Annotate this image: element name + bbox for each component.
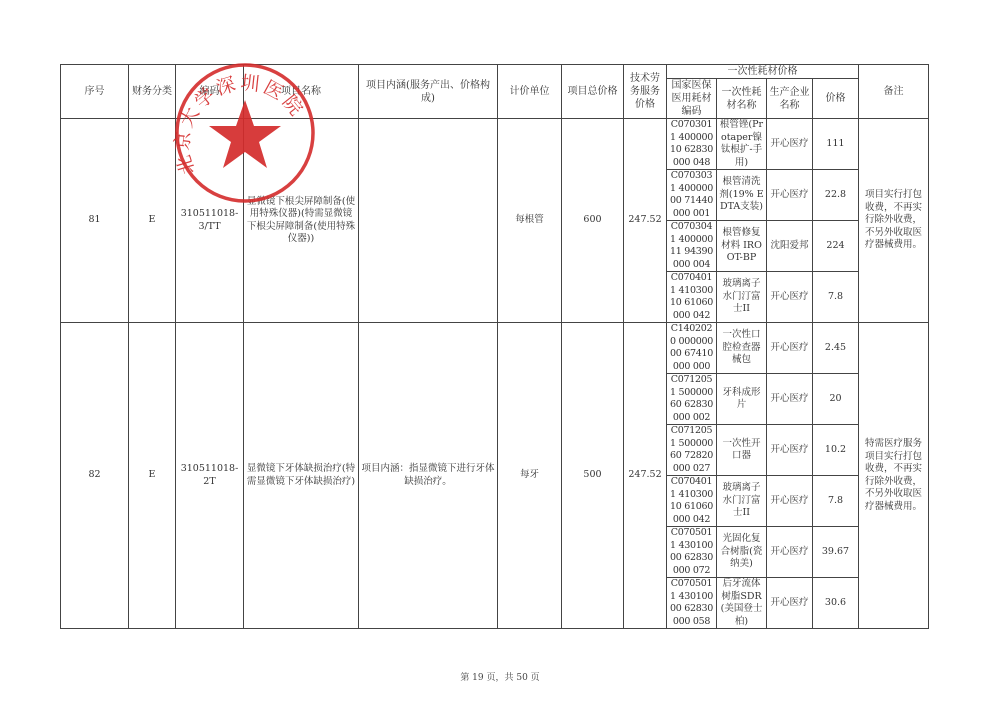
header-seq: 序号 — [61, 65, 129, 119]
cell-manufacturer: 开心医疗 — [767, 119, 813, 170]
table-row: 82E310511018-2T显微镜下牙体缺损治疗(特需显微镜下牙体缺损治疗)项… — [61, 323, 929, 374]
cell-seq: 81 — [61, 119, 129, 323]
cell-manufacturer: 开心医疗 — [767, 272, 813, 323]
cell-consumable-price: 30.6 — [813, 578, 859, 629]
header-consumables-group: 一次性耗材价格 — [667, 65, 859, 79]
cell-consumable-code: C0712051 50000060 72820000 027 — [667, 425, 717, 476]
cell-consumable-code: C0705011 43010000 62830000 072 — [667, 527, 717, 578]
cell-consumable-name: 根管清洗剂(19% EDTA支装) — [717, 170, 767, 221]
cell-project-content: 项目内涵：指显微镜下进行牙体缺损治疗。 — [359, 323, 498, 629]
cell-consumable-name: 牙科成形片 — [717, 374, 767, 425]
cell-labor-price: 247.52 — [624, 323, 667, 629]
cell-consumable-code: C0703041 40000011 94390000 004 — [667, 221, 717, 272]
cell-consumable-name: 根管锉(Protaper镍钛根扩-手用) — [717, 119, 767, 170]
cell-manufacturer: 开心医疗 — [767, 170, 813, 221]
page-number: 第 19 页，共 50 页 — [0, 670, 1000, 683]
cell-consumable-name: 一次性口腔检查器械包 — [717, 323, 767, 374]
cell-consumable-price: 22.8 — [813, 170, 859, 221]
table-body: 81E310511018-3/TT显微镜下根尖屏障制备(使用特殊仪器)(特需显微… — [61, 119, 929, 629]
cell-total-price: 500 — [562, 323, 624, 629]
cell-consumable-price: 111 — [813, 119, 859, 170]
cell-consumable-code: C0705011 43010000 62830000 058 — [667, 578, 717, 629]
cell-consumable-name: 一次性开口器 — [717, 425, 767, 476]
table-row: 81E310511018-3/TT显微镜下根尖屏障制备(使用特殊仪器)(特需显微… — [61, 119, 929, 170]
cell-consumable-code: C0712051 50000060 62830000 002 — [667, 374, 717, 425]
cell-consumable-code: C0704011 41030010 61060000 042 — [667, 476, 717, 527]
cell-consumable-name: 玻璃离子水门汀富士II — [717, 476, 767, 527]
cell-consumable-code: C0703011 40000010 62830000 048 — [667, 119, 717, 170]
cell-manufacturer: 开心医疗 — [767, 323, 813, 374]
cell-consumable-code: C0703031 40000000 71440000 001 — [667, 170, 717, 221]
cell-project-name: 显微镜下根尖屏障制备(使用特殊仪器)(特需显微镜下根尖屏障制备(使用特殊仪器)) — [244, 119, 359, 323]
cell-pricing-unit: 每根管 — [498, 119, 562, 323]
document-page: 序号 财务分类 编码 项目名称 项目内涵(服务产出、价格构成) 计价单位 项目总… — [0, 0, 1000, 707]
cell-total-price: 600 — [562, 119, 624, 323]
header-project-name: 项目名称 — [244, 65, 359, 119]
cell-code: 310511018-2T — [176, 323, 244, 629]
cell-consumable-name: 根管修复材料 IROOT-BP — [717, 221, 767, 272]
cell-consumable-name: 光固化复合树脂(瓷纳美) — [717, 527, 767, 578]
cell-consumable-name: 玻璃离子水门汀富士II — [717, 272, 767, 323]
cell-pricing-unit: 每牙 — [498, 323, 562, 629]
header-national-code: 国家医保医用耗材编码 — [667, 79, 717, 119]
cell-manufacturer: 开心医疗 — [767, 578, 813, 629]
cell-consumable-price: 39.67 — [813, 527, 859, 578]
cell-remark: 特需医疗服务项目实行打包收费，不再实行除外收费，不另外收取医疗器械费用。 — [859, 323, 929, 629]
cell-consumable-code: C0704011 41030010 61060000 042 — [667, 272, 717, 323]
cell-consumable-name: 后牙流体树脂SDR(美国登士柏) — [717, 578, 767, 629]
header-project-content: 项目内涵(服务产出、价格构成) — [359, 65, 498, 119]
cell-labor-price: 247.52 — [624, 119, 667, 323]
header-finance-category: 财务分类 — [129, 65, 176, 119]
header-labor-price: 技术劳务服务价格 — [624, 65, 667, 119]
cell-consumable-price: 10.2 — [813, 425, 859, 476]
header-price: 价格 — [813, 79, 859, 119]
cell-consumable-price: 2.45 — [813, 323, 859, 374]
header-remark: 备注 — [859, 65, 929, 119]
cell-manufacturer: 开心医疗 — [767, 527, 813, 578]
cell-manufacturer: 开心医疗 — [767, 374, 813, 425]
cell-consumable-code: C1402020 00000000 67410000 000 — [667, 323, 717, 374]
cell-project-name: 显微镜下牙体缺损治疗(特需显微镜下牙体缺损治疗) — [244, 323, 359, 629]
cell-manufacturer: 开心医疗 — [767, 425, 813, 476]
header-total-price: 项目总价格 — [562, 65, 624, 119]
cell-manufacturer: 沈阳爱邦 — [767, 221, 813, 272]
header-code: 编码 — [176, 65, 244, 119]
cell-manufacturer: 开心医疗 — [767, 476, 813, 527]
cell-finance-category: E — [129, 119, 176, 323]
cell-consumable-price: 7.8 — [813, 272, 859, 323]
header-manufacturer: 生产企业名称 — [767, 79, 813, 119]
cell-project-content — [359, 119, 498, 323]
cell-consumable-price: 20 — [813, 374, 859, 425]
header-row-1: 序号 财务分类 编码 项目名称 项目内涵(服务产出、价格构成) 计价单位 项目总… — [61, 65, 929, 79]
header-consumable-name: 一次性耗材名称 — [717, 79, 767, 119]
cell-finance-category: E — [129, 323, 176, 629]
cell-consumable-price: 224 — [813, 221, 859, 272]
cell-seq: 82 — [61, 323, 129, 629]
cell-consumable-price: 7.8 — [813, 476, 859, 527]
header-pricing-unit: 计价单位 — [498, 65, 562, 119]
cell-remark: 项目实行打包收费，不再实行除外收费，不另外收取医疗器械费用。 — [859, 119, 929, 323]
cell-code: 310511018-3/TT — [176, 119, 244, 323]
fee-table: 序号 财务分类 编码 项目名称 项目内涵(服务产出、价格构成) 计价单位 项目总… — [60, 64, 929, 629]
